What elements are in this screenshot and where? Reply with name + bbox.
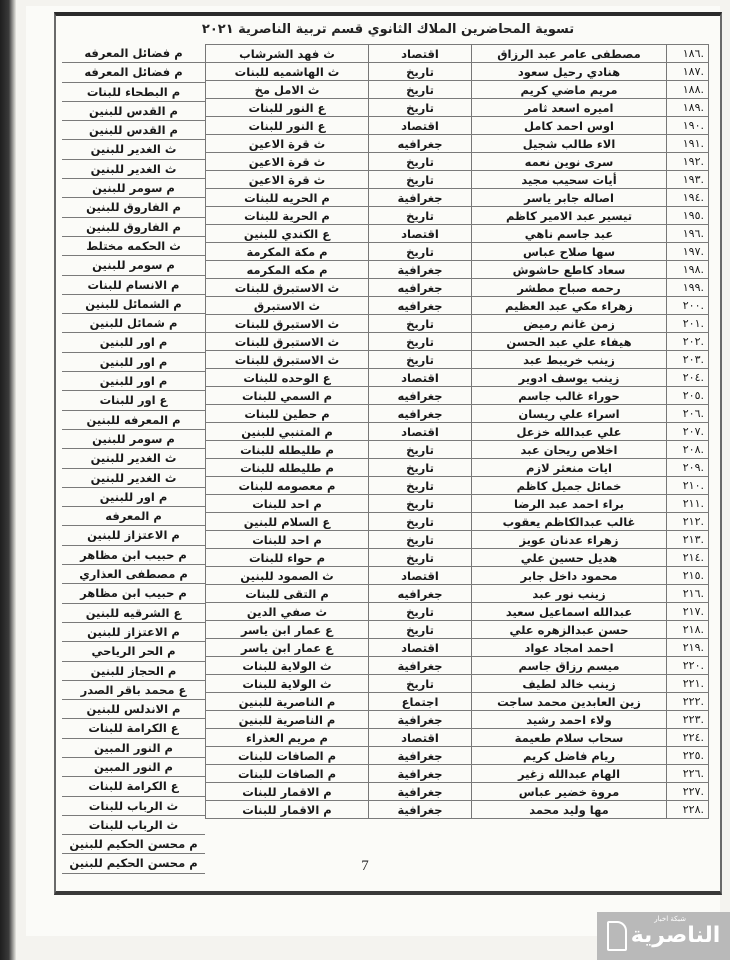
school: م حطين للبنات xyxy=(206,405,369,423)
row-number: .١٩٨ xyxy=(667,261,709,279)
lecturer-name: هديل حسين علي xyxy=(472,549,667,567)
previous-school-cell: م اور للبنين xyxy=(62,353,205,372)
lecturer-name: زين العابدين محمد ساجت xyxy=(472,693,667,711)
school: م الناصرية للبنين xyxy=(206,693,369,711)
school: ث الاستبرق للبنات xyxy=(206,351,369,369)
table-row: .٢٢٧مروة خضير عباسجغرافيةم الاقمار للبنا… xyxy=(206,783,709,801)
subject: جغرافية xyxy=(369,711,472,729)
previous-school-cell: م اور للبنين xyxy=(62,372,205,391)
previous-school-cell: ث الغدير للبنين xyxy=(62,449,205,468)
school: ث الصمود للبنين xyxy=(206,567,369,585)
lecturer-name: هيفاء علي عبد الحسن xyxy=(472,333,667,351)
subject: جغرافية xyxy=(369,747,472,765)
subject: تاريخ xyxy=(369,315,472,333)
lecturer-name: سعاد كاطع حاشوش xyxy=(472,261,667,279)
school: م احد للبنات xyxy=(206,531,369,549)
row-number: .٢١٧ xyxy=(667,603,709,621)
table-row: .٢١٥محمود داخل جابراقتصادث الصمود للبنين xyxy=(206,567,709,585)
row-number: .٢٢٨ xyxy=(667,801,709,819)
row-number: .١٩٩ xyxy=(667,279,709,297)
row-number: .٢٠٤ xyxy=(667,369,709,387)
previous-school-cell: م القدس للبنين xyxy=(62,121,205,140)
lecturer-name: مصطفى عامر عبد الرزاق xyxy=(472,45,667,63)
subject: جغرافية xyxy=(369,765,472,783)
subject: تاريخ xyxy=(369,63,472,81)
table-row: .٢٢٤سحاب سلام طعيمةاقتصادم مريم العذراء xyxy=(206,729,709,747)
school: م الحرية للبنات xyxy=(206,207,369,225)
previous-school-cell: ث الغدير للبنين xyxy=(62,140,205,159)
lecturer-name: زينب نور عبد xyxy=(472,585,667,603)
lecturer-name: أيات سحيب مجيد xyxy=(472,171,667,189)
school: م طليطله للبنات xyxy=(206,441,369,459)
lecturer-name: سها صلاح عباس xyxy=(472,243,667,261)
subject: تاريخ xyxy=(369,333,472,351)
lecturer-name: اصاله جابر ياسر xyxy=(472,189,667,207)
table-row: .٢٠٦اسراء علي ريسانجغرافيهم حطين للبنات xyxy=(206,405,709,423)
table-row: .٢٠٥حوراء غالب جاسمجغرافيهم السمي للبنات xyxy=(206,387,709,405)
school: ث قرة الاعين xyxy=(206,153,369,171)
subject: تاريخ xyxy=(369,621,472,639)
previous-school-cell: ث الغدير للبنين xyxy=(62,160,205,179)
row-number: .٢١٥ xyxy=(667,567,709,585)
table-row: .٢١٧عبدالله اسماعيل سعيدتاريخث صفي الدين xyxy=(206,603,709,621)
row-number: .٢٢٠ xyxy=(667,657,709,675)
lecturer-name: سحاب سلام طعيمة xyxy=(472,729,667,747)
school: ع السلام للبنين xyxy=(206,513,369,531)
lecturer-name: مها وليد محمد xyxy=(472,801,667,819)
school: ث الاستبرق للبنات xyxy=(206,315,369,333)
previous-school-cell: م الاعتزاز للبنين xyxy=(62,623,205,642)
table-row: .١٩٣أيات سحيب مجيدتاريخث قرة الاعين xyxy=(206,171,709,189)
row-number: .١٩٥ xyxy=(667,207,709,225)
previous-school-cell: م محسن الحكيم للبنين xyxy=(62,835,205,854)
school: م الحريه للبنات xyxy=(206,189,369,207)
previous-school-cell: م حبيب ابن مظاهر xyxy=(62,584,205,603)
subject: تاريخ xyxy=(369,441,472,459)
previous-school-cell: م سومر للبنين xyxy=(62,256,205,275)
subject: تاريخ xyxy=(369,495,472,513)
school: م التقى للبنات xyxy=(206,585,369,603)
subject: جغرافيه xyxy=(369,585,472,603)
subject: اقتصاد xyxy=(369,45,472,63)
row-number: .٢٠٥ xyxy=(667,387,709,405)
previous-school-cell: م الفاروق للبنين xyxy=(62,218,205,237)
school: م الصافات للبنات xyxy=(206,747,369,765)
document-page: تسوية المحاضرين الملاك الثانوي قسم تربية… xyxy=(26,6,720,936)
subject: تاريخ xyxy=(369,207,472,225)
previous-school-cell: م النور المبين xyxy=(62,739,205,758)
subject: اقتصاد xyxy=(369,423,472,441)
subject: اقتصاد xyxy=(369,369,472,387)
row-number: .٢١٩ xyxy=(667,639,709,657)
subject: جغرافية xyxy=(369,261,472,279)
lecturer-name: اسراء علي ريسان xyxy=(472,405,667,423)
school: ث الولاية للبنات xyxy=(206,657,369,675)
lecturer-name: زينب يوسف ادوير xyxy=(472,369,667,387)
row-number: .٢٠١ xyxy=(667,315,709,333)
subject: تاريخ xyxy=(369,477,472,495)
table-row: .١٩٥تيسير عبد الامير كاظمتاريخم الحرية ل… xyxy=(206,207,709,225)
table-row: .٢٠٨اخلاص ريحان عبدتاريخم طليطله للبنات xyxy=(206,441,709,459)
previous-school-cell: م المعرفه xyxy=(62,507,205,526)
row-number: .٢٠٢ xyxy=(667,333,709,351)
table-row: .١٨٧هنادي رحيل سعودتاريخث الهاشميه للبنا… xyxy=(206,63,709,81)
lecturer-name: رحمه صباح مطشر xyxy=(472,279,667,297)
table-row: .٢٠٩ايات منعثر لازمتاريخم طليطله للبنات xyxy=(206,459,709,477)
row-number: .٢٢٥ xyxy=(667,747,709,765)
school: ع الكندي للبنين xyxy=(206,225,369,243)
table-row: .٢٢٨مها وليد محمدجغرافيةم الاقمار للبنات xyxy=(206,801,709,819)
row-number: .١٩٢ xyxy=(667,153,709,171)
previous-school-cell: ع الشرقيه للبنين xyxy=(62,604,205,623)
school: م الناصرية للبنين xyxy=(206,711,369,729)
table-row: .٢٠٣زينب خريبط عبدتاريخث الاستبرق للبنات xyxy=(206,351,709,369)
lecturer-name: ايات منعثر لازم xyxy=(472,459,667,477)
school: ث الاستبرق للبنات xyxy=(206,279,369,297)
school: م مكة المكرمة xyxy=(206,243,369,261)
school: م السمي للبنات xyxy=(206,387,369,405)
school: م الصافات للبنات xyxy=(206,765,369,783)
previous-school-cell: م فضائل المعرفه xyxy=(62,63,205,82)
previous-school-cell: ث الحكمه مختلط xyxy=(62,237,205,256)
table-row: .٢١٩احمد امجاد عواداقتصادع عمار ابن ياسر xyxy=(206,639,709,657)
lecturer-name: ميسم رزاق جاسم xyxy=(472,657,667,675)
school: م الاقمار للبنات xyxy=(206,801,369,819)
subject: تاريخ xyxy=(369,513,472,531)
previous-school-cell: م مصطفى العذاري xyxy=(62,565,205,584)
subject: تاريخ xyxy=(369,81,472,99)
table-row: .٢٢٢زين العابدين محمد ساجتاجتماعم الناصر… xyxy=(206,693,709,711)
row-number: .١٩٦ xyxy=(667,225,709,243)
row-number: .٢١١ xyxy=(667,495,709,513)
table-row: .٢١٠خمائل جميل كاظمتاريخم معصومه للبنات xyxy=(206,477,709,495)
lecturer-name: الهام عبدالله زغير xyxy=(472,765,667,783)
school: ث الاستبرق xyxy=(206,297,369,315)
school: م حواء للبنات xyxy=(206,549,369,567)
previous-school-cell: ث الغدير للبنين xyxy=(62,469,205,488)
table-row: .١٩٨سعاد كاطع حاشوشجغرافيةم مكه المكرمه xyxy=(206,261,709,279)
previous-school-cell: م سومر للبنين xyxy=(62,430,205,449)
school: م المتنبي للبنين xyxy=(206,423,369,441)
school: ع النور للبنات xyxy=(206,99,369,117)
watermark-emblem-icon xyxy=(607,921,627,951)
table-row: .٢٢٥ريام فاضل كريمجغرافيةم الصافات للبنا… xyxy=(206,747,709,765)
subject: جغرافيه xyxy=(369,405,472,423)
watermark-text: الناصرية xyxy=(631,925,721,947)
table-row: .٢٢٦الهام عبدالله زغيرجغرافيةم الصافات ل… xyxy=(206,765,709,783)
table-row: .٢٠٤زينب يوسف ادويراقتصادع الوحده للبنات xyxy=(206,369,709,387)
row-number: .٢٢١ xyxy=(667,675,709,693)
subject: تاريخ xyxy=(369,531,472,549)
lecturer-name: اميره اسعد ثامر xyxy=(472,99,667,117)
row-number: .٢٠٦ xyxy=(667,405,709,423)
subject: تاريخ xyxy=(369,351,472,369)
table-row: .٢١٣زهراء عدنان عويزتاريخم احد للبنات xyxy=(206,531,709,549)
row-number: .٢١٣ xyxy=(667,531,709,549)
school: ع النور للبنات xyxy=(206,117,369,135)
lecturer-name: حوراء غالب جاسم xyxy=(472,387,667,405)
school: ث صفي الدين xyxy=(206,603,369,621)
school: ث الهاشميه للبنات xyxy=(206,63,369,81)
subject: تاريخ xyxy=(369,549,472,567)
lecturer-name: زينب خريبط عبد xyxy=(472,351,667,369)
lecturer-name: ريام فاضل كريم xyxy=(472,747,667,765)
subject: تاريخ xyxy=(369,675,472,693)
previous-school-cell: ث الرباب للبنات xyxy=(62,816,205,835)
row-number: .٢٠٠ xyxy=(667,297,709,315)
subject: اقتصاد xyxy=(369,225,472,243)
previous-school-cell: م سومر للبنين xyxy=(62,179,205,198)
previous-school-cell: م اور للبنين xyxy=(62,333,205,352)
subject: جغرافيه xyxy=(369,387,472,405)
row-number: .٢١٢ xyxy=(667,513,709,531)
subject: تاريخ xyxy=(369,243,472,261)
row-number: .١٩٠ xyxy=(667,117,709,135)
previous-school-cell: م البطحاء للبنات xyxy=(62,83,205,102)
table-row: .٢١٢غالب عبدالكاظم يعقوبتاريخع السلام لل… xyxy=(206,513,709,531)
school: ث الولاية للبنات xyxy=(206,675,369,693)
previous-school-cell: ع الكرامة للبنات xyxy=(62,719,205,738)
school: م طليطله للبنات xyxy=(206,459,369,477)
subject: جغرافية xyxy=(369,783,472,801)
subject: جغرافية xyxy=(369,801,472,819)
page-number: 7 xyxy=(0,858,730,875)
subject: تاريخ xyxy=(369,171,472,189)
subject: جغرافيه xyxy=(369,135,472,153)
subject: تاريخ xyxy=(369,99,472,117)
row-number: .٢٠٩ xyxy=(667,459,709,477)
lecturer-name: تيسير عبد الامير كاظم xyxy=(472,207,667,225)
row-number: .٢٢٢ xyxy=(667,693,709,711)
previous-school-cell: م النور المبين xyxy=(62,758,205,777)
lecturer-name: مروة خضير عباس xyxy=(472,783,667,801)
table-row: .١٩٠اوس احمد كاملاقتصادع النور للبنات xyxy=(206,117,709,135)
previous-school-cell: ع محمد باقر الصدر xyxy=(62,681,205,700)
table-row: .٢٠١زمن غانم رميضتاريخث الاستبرق للبنات xyxy=(206,315,709,333)
previous-school-column: م فضائل المعرفهم فضائل المعرفهم البطحاء … xyxy=(62,44,205,874)
school: م مريم العذراء xyxy=(206,729,369,747)
school: م الاقمار للبنات xyxy=(206,783,369,801)
subject: تاريخ xyxy=(369,459,472,477)
table-row: .٢٢٠ميسم رزاق جاسمجغرافيةث الولاية للبنا… xyxy=(206,657,709,675)
school: م احد للبنات xyxy=(206,495,369,513)
school: ع عمار ابن ياسر xyxy=(206,639,369,657)
row-number: .٢١٨ xyxy=(667,621,709,639)
subject: اقتصاد xyxy=(369,729,472,747)
row-number: .٢٢٧ xyxy=(667,783,709,801)
table-row: .١٩٦عبد جاسم ناهياقتصادع الكندي للبنين xyxy=(206,225,709,243)
table-row: .١٩٩رحمه صباح مطشرجغرافيهث الاستبرق للبن… xyxy=(206,279,709,297)
table-row: .٢١٤هديل حسين عليتاريخم حواء للبنات xyxy=(206,549,709,567)
school: ع عمار ابن ياسر xyxy=(206,621,369,639)
lecturer-name: محمود داخل جابر xyxy=(472,567,667,585)
previous-school-cell: م حبيب ابن مظاهر xyxy=(62,546,205,565)
lecturer-name: خمائل جميل كاظم xyxy=(472,477,667,495)
watermark-subtext: شبكة اخبار xyxy=(654,915,686,923)
lecturer-name: عبدالله اسماعيل سعيد xyxy=(472,603,667,621)
row-number: .١٨٧ xyxy=(667,63,709,81)
subject: اجتماع xyxy=(369,693,472,711)
school: ث قرة الاعين xyxy=(206,135,369,153)
table-row: .١٨٩اميره اسعد ثامرتاريخع النور للبنات xyxy=(206,99,709,117)
previous-school-cell: م الحجاز للبنين xyxy=(62,662,205,681)
previous-school-cell: م الاعتزاز للبنين xyxy=(62,526,205,545)
school: م مكه المكرمه xyxy=(206,261,369,279)
lecturer-name: هنادي رحيل سعود xyxy=(472,63,667,81)
school: ث فهد الشرشاب xyxy=(206,45,369,63)
watermark-logo: شبكة اخبار الناصرية xyxy=(597,912,730,960)
previous-school-cell: م الاندلس للبنين xyxy=(62,700,205,719)
row-number: .٢١٠ xyxy=(667,477,709,495)
subject: اقتصاد xyxy=(369,567,472,585)
previous-school-cell: م القدس للبنين xyxy=(62,102,205,121)
school: ث الامل مخ xyxy=(206,81,369,99)
previous-school-cell: ع الكرامة للبنات xyxy=(62,777,205,796)
lecturers-table: .١٨٦مصطفى عامر عبد الرزاقاقتصادث فهد الش… xyxy=(205,44,709,819)
subject: جغرافية xyxy=(369,657,472,675)
row-number: .١٩٧ xyxy=(667,243,709,261)
row-number: .١٨٨ xyxy=(667,81,709,99)
school: ث الاستبرق للبنات xyxy=(206,333,369,351)
lecturer-name: اخلاص ريحان عبد xyxy=(472,441,667,459)
lecturer-name: سرى نوين نعمه xyxy=(472,153,667,171)
lecturer-name: الاء طالب شجيل xyxy=(472,135,667,153)
row-number: .٢٢٤ xyxy=(667,729,709,747)
lecturer-name: زهراء عدنان عويز xyxy=(472,531,667,549)
lecturer-name: علي عبدالله خزعل xyxy=(472,423,667,441)
table-row: .١٩٤اصاله جابر ياسرجغرافيةم الحريه للبنا… xyxy=(206,189,709,207)
table-row: .٢١٦زينب نور عبدجغرافيهم التقى للبنات xyxy=(206,585,709,603)
table-row: .١٩٧سها صلاح عباستاريخم مكة المكرمة xyxy=(206,243,709,261)
lecturer-name: زينب خالد لطيف xyxy=(472,675,667,693)
row-number: .١٩٣ xyxy=(667,171,709,189)
lecturer-name: براء احمد عبد الرضا xyxy=(472,495,667,513)
table-row: .١٨٨مريم ماضي كريمتاريخث الامل مخ xyxy=(206,81,709,99)
lecturer-name: مريم ماضي كريم xyxy=(472,81,667,99)
school: م معصومه للبنات xyxy=(206,477,369,495)
subject: جغرافيه xyxy=(369,297,472,315)
row-number: .٢٢٣ xyxy=(667,711,709,729)
table-row: .١٩٢سرى نوين نعمهتاريخث قرة الاعين xyxy=(206,153,709,171)
row-number: .٢٠٣ xyxy=(667,351,709,369)
subject: تاريخ xyxy=(369,153,472,171)
subject: جغرافيه xyxy=(369,279,472,297)
row-number: .٢٠٨ xyxy=(667,441,709,459)
table-row: .٢٢١زينب خالد لطيفتاريخث الولاية للبنات xyxy=(206,675,709,693)
table-row: .٢٠٢هيفاء علي عبد الحسنتاريخث الاستبرق ل… xyxy=(206,333,709,351)
lecturer-name: عبد جاسم ناهي xyxy=(472,225,667,243)
row-number: .١٩٤ xyxy=(667,189,709,207)
table-row: .٢٠٧علي عبدالله خزعلاقتصادم المتنبي للبن… xyxy=(206,423,709,441)
previous-school-cell: م الشمائل للبنين xyxy=(62,295,205,314)
subject: اقتصاد xyxy=(369,117,472,135)
lecturer-name: احمد امجاد عواد xyxy=(472,639,667,657)
lecturer-name: حسن عبدالزهره علي xyxy=(472,621,667,639)
lecturer-name: زهراء مكي عبد العظيم xyxy=(472,297,667,315)
table-row: .٢٢٣ولاء احمد رشيدجغرافيةم الناصرية للبن… xyxy=(206,711,709,729)
previous-school-cell: م الفاروق للبنين xyxy=(62,198,205,217)
previous-school-cell: م المعرفه للبنين xyxy=(62,411,205,430)
scan-edge-shadow xyxy=(0,0,16,960)
row-number: .٢٠٧ xyxy=(667,423,709,441)
lecturer-name: اوس احمد كامل xyxy=(472,117,667,135)
table-row: .١٩١الاء طالب شجيلجغرافيهث قرة الاعين xyxy=(206,135,709,153)
row-number: .١٨٦ xyxy=(667,45,709,63)
school: ع الوحده للبنات xyxy=(206,369,369,387)
row-number: .١٨٩ xyxy=(667,99,709,117)
table-row: .٢١٨حسن عبدالزهره عليتاريخع عمار ابن ياس… xyxy=(206,621,709,639)
lecturer-name: زمن غانم رميض xyxy=(472,315,667,333)
table-row: .٢٠٠زهراء مكي عبد العظيمجغرافيهث الاستبر… xyxy=(206,297,709,315)
previous-school-cell: م شمائل للبنين xyxy=(62,314,205,333)
lecturer-name: ولاء احمد رشيد xyxy=(472,711,667,729)
previous-school-cell: ع اور للبنات xyxy=(62,391,205,410)
subject: جغرافية xyxy=(369,189,472,207)
row-number: .٢١٦ xyxy=(667,585,709,603)
table-row: .٢١١براء احمد عبد الرضاتاريخم احد للبنات xyxy=(206,495,709,513)
previous-school-cell: م اور للبنين xyxy=(62,488,205,507)
subject: اقتصاد xyxy=(369,639,472,657)
row-number: .٢٢٦ xyxy=(667,765,709,783)
row-number: .١٩١ xyxy=(667,135,709,153)
previous-school-cell: ث الرباب للبنات xyxy=(62,797,205,816)
previous-school-cell: م فضائل المعرفه xyxy=(62,44,205,63)
lecturer-name: غالب عبدالكاظم يعقوب xyxy=(472,513,667,531)
previous-school-cell: م الانسام للبنات xyxy=(62,276,205,295)
subject: تاريخ xyxy=(369,603,472,621)
document-title: تسوية المحاضرين الملاك الثانوي قسم تربية… xyxy=(54,22,722,37)
school: ث قرة الاعين xyxy=(206,171,369,189)
table-row: .١٨٦مصطفى عامر عبد الرزاقاقتصادث فهد الش… xyxy=(206,45,709,63)
row-number: .٢١٤ xyxy=(667,549,709,567)
previous-school-cell: م الحر الرياحي xyxy=(62,642,205,661)
